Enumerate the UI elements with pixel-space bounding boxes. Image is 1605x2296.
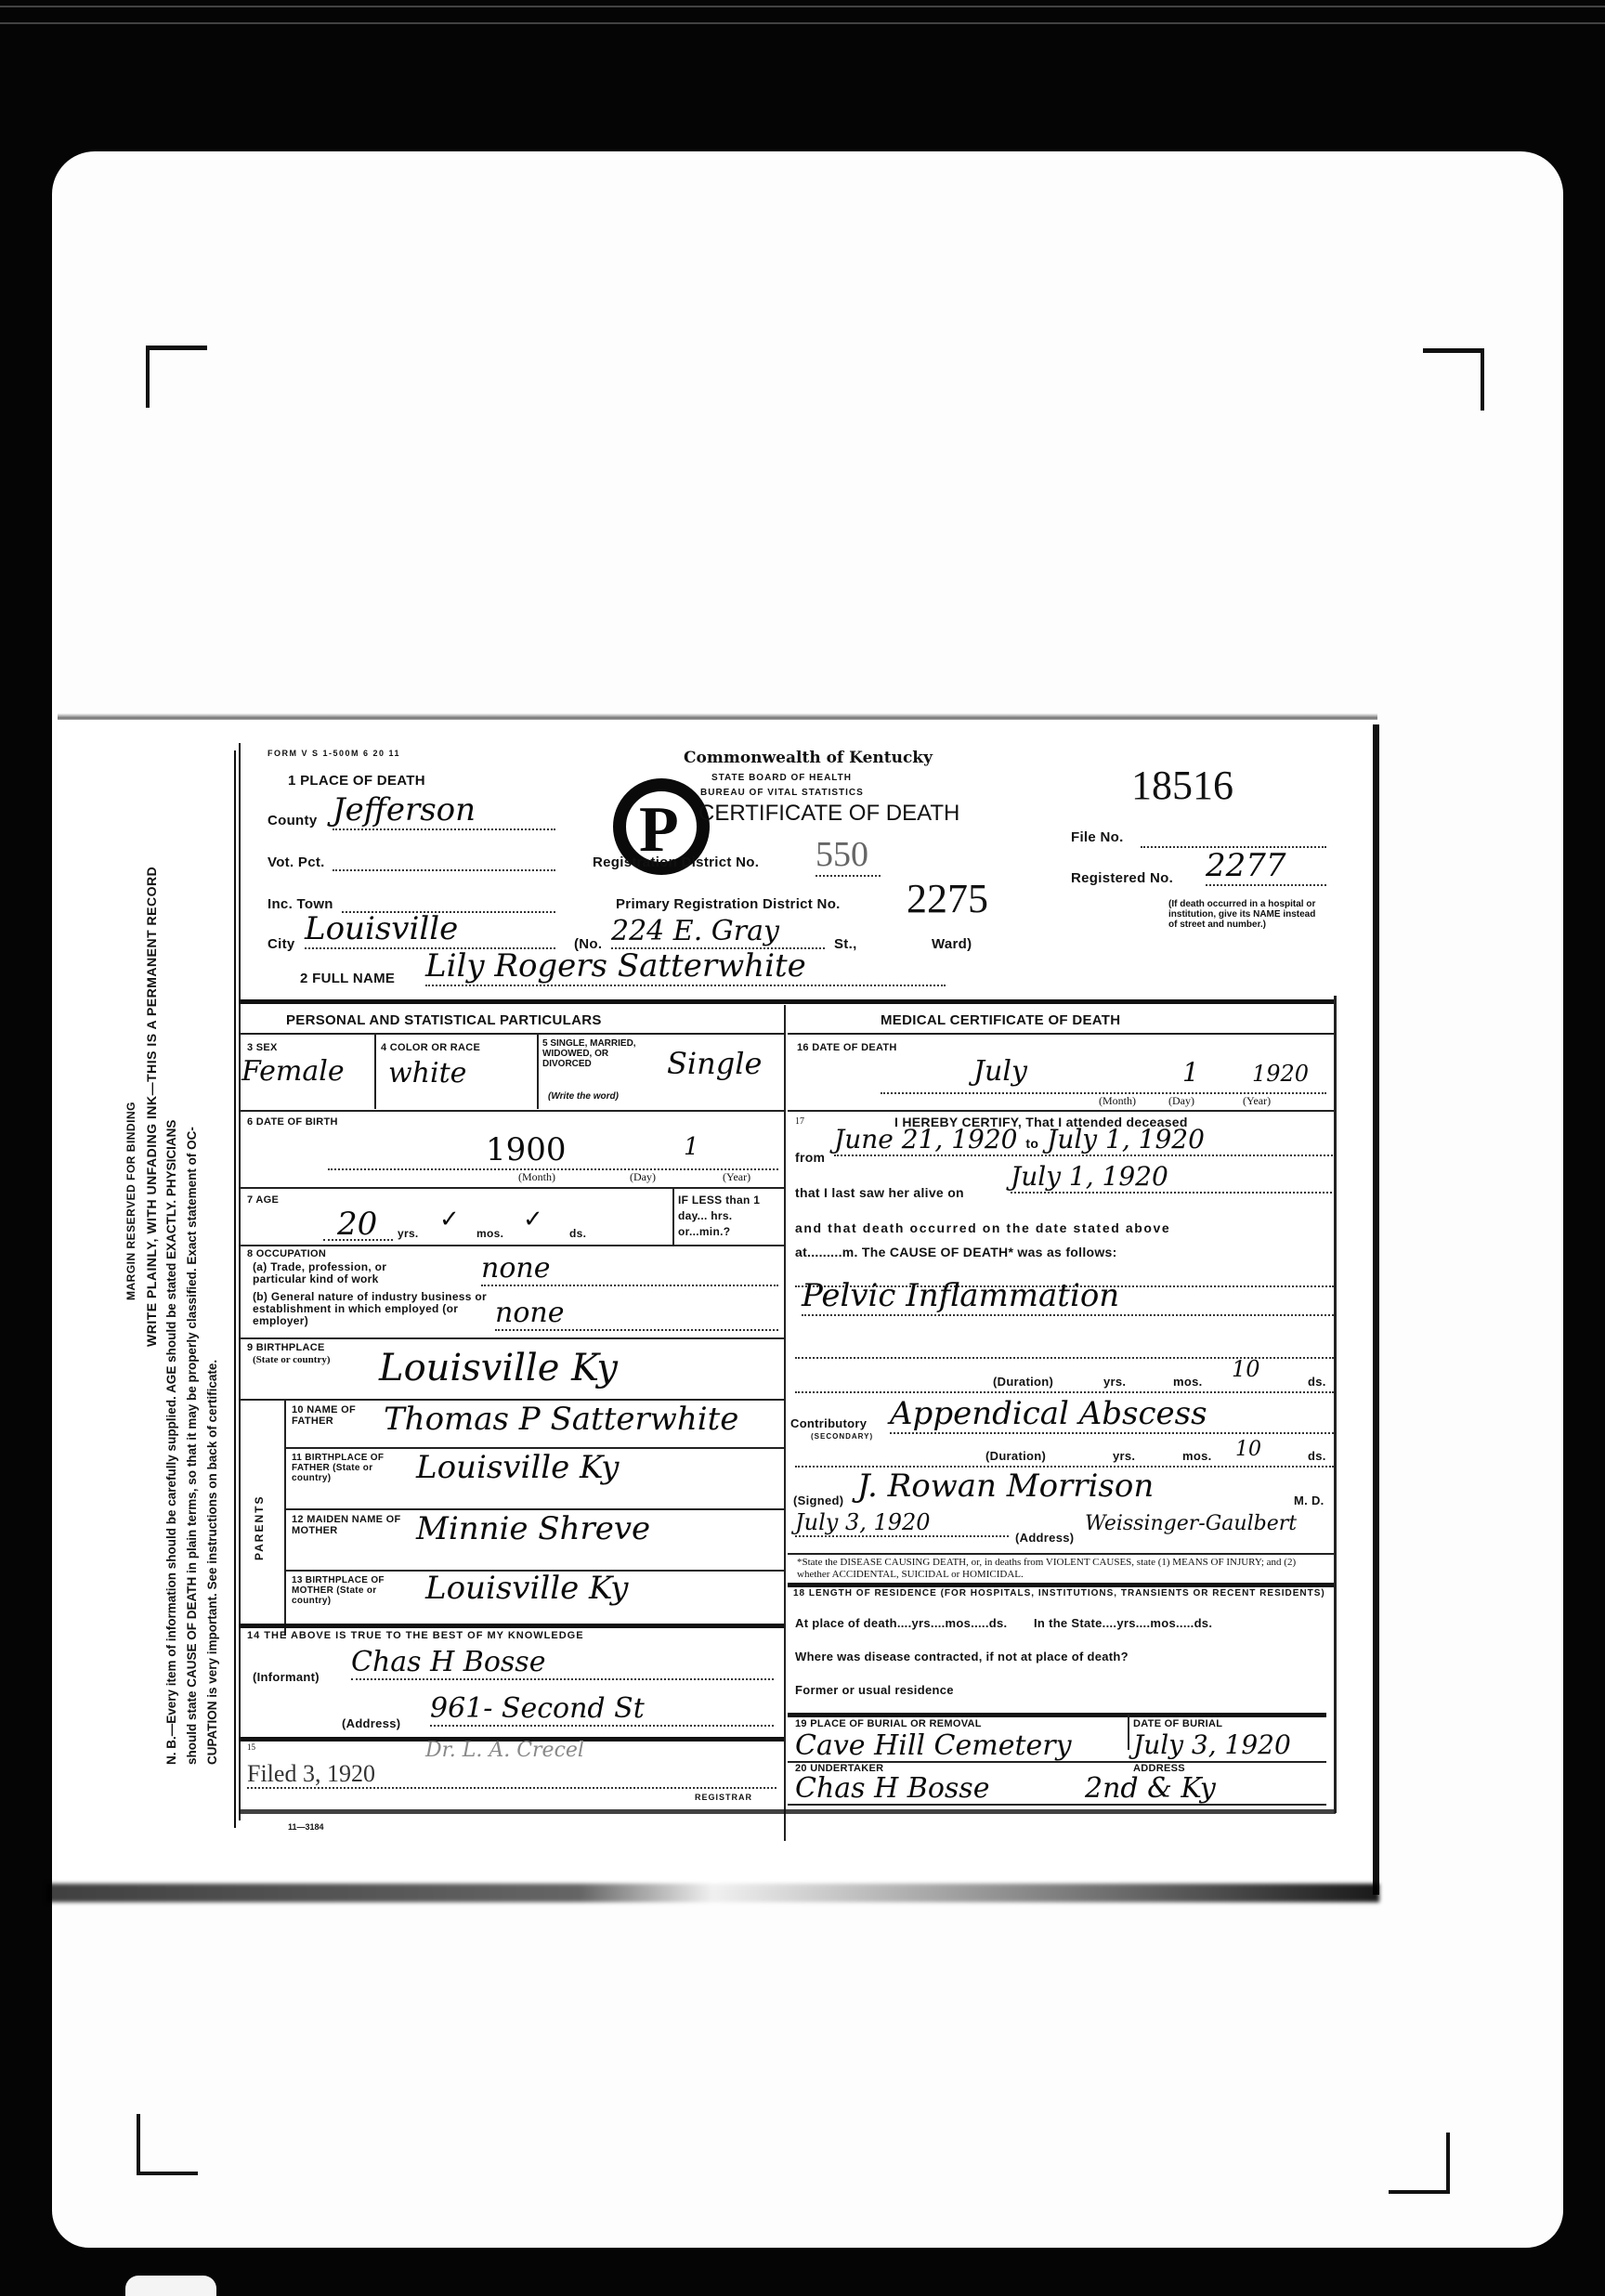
registrar-label: REGISTRAR [695, 1793, 752, 1803]
divider [788, 1583, 1336, 1587]
mother-label: 12 MAIDEN NAME OF MOTHER [292, 1514, 403, 1536]
registration-district-value: 550 [816, 834, 881, 877]
sheet-edge-shadow [1373, 724, 1379, 1895]
age-years-value: 20 [337, 1206, 377, 1243]
yrs-caption: yrs. [1113, 1449, 1135, 1463]
film-scratches [0, 0, 1605, 37]
margin-instructions: MARGIN RESERVED FOR BINDING WRITE PLAINL… [121, 762, 223, 1765]
secondary-label: (SECONDARY) [811, 1431, 873, 1442]
age-months-value: ✓ [439, 1206, 460, 1233]
city-label: City [267, 936, 295, 952]
undertaker-value: Chas H Bosse [795, 1772, 989, 1805]
vot-pct-label: Vot. Pct. [267, 854, 325, 870]
from-label: from [795, 1150, 825, 1165]
birthplace-label: 9 BIRTHPLACE [247, 1342, 325, 1353]
parents-label: PARENTS [253, 1495, 266, 1560]
mother-value: Minnie Shreve [416, 1510, 650, 1547]
year-caption: (Year) [1243, 1094, 1271, 1108]
occupation-a-value: none [481, 1252, 778, 1286]
mother-birthplace-label: 13 BIRTHPLACE OF MOTHER (State or countr… [292, 1575, 412, 1606]
sex-label: 3 SEX [247, 1042, 278, 1053]
yrs-caption: yrs. [1103, 1375, 1126, 1389]
corner-mark-top-right [1423, 348, 1484, 411]
informant-heading: 14 THE ABOVE IS TRUE TO THE BEST OF MY K… [247, 1630, 584, 1641]
cell-divider [672, 1187, 674, 1245]
corner-mark-top-left [146, 346, 207, 408]
burial-date-value: July 3, 1920 [1133, 1729, 1291, 1760]
father-birthplace-value: Louisville Ky [416, 1449, 619, 1486]
file-no-label: File No. [1071, 829, 1124, 845]
registration-district-label: Registration District No. [593, 854, 759, 870]
permanent-record-note: WRITE PLAINLY, WITH UNFADING INK—THIS IS… [141, 762, 162, 1765]
occupation-b-value: none [495, 1297, 778, 1331]
death-occurred-text: and that death occurred on the date stat… [795, 1220, 1170, 1235]
father-birthplace-label: 11 BIRTHPLACE OF FATHER (State or countr… [292, 1453, 412, 1483]
undertaker-address-value: 2nd & Ky [1085, 1772, 1216, 1805]
birthplace-value: Louisville Ky [379, 1347, 618, 1389]
dob-month-value: 1900 [486, 1131, 567, 1168]
instruction-line: CUPATION is very important. See instruct… [202, 762, 223, 1765]
death-month-value: July [973, 1055, 1027, 1088]
day-caption: (Day) [630, 1170, 656, 1184]
registered-no-label: Registered No. [1071, 870, 1173, 886]
divider [240, 1337, 784, 1339]
age-label: 7 AGE [247, 1194, 279, 1206]
death-year-value: 1920 [1252, 1061, 1309, 1087]
primary-registration-value: 2275 [907, 875, 988, 922]
registrar-signature: Dr. L. A. Crecel [425, 1739, 584, 1762]
signed-date-value: July 3, 1920 [795, 1509, 1009, 1537]
divider [788, 1713, 1326, 1717]
full-name-label: 2 FULL NAME [300, 971, 395, 986]
vot-pct-field [333, 864, 555, 871]
date-of-death-field [881, 1087, 1326, 1094]
sex-value: Female [241, 1055, 345, 1088]
divider [240, 1110, 784, 1112]
cell-divider [1128, 1715, 1129, 1750]
dob-label: 6 DATE OF BIRTH [247, 1116, 338, 1128]
race-value: white [388, 1057, 466, 1089]
cause-duration-line [795, 1386, 1334, 1393]
in-state-label: In the State....yrs....mos.....ds. [1034, 1616, 1331, 1631]
issuer-board: STATE BOARD OF HEALTH [711, 773, 852, 783]
mos-caption: mos. [1182, 1449, 1212, 1463]
binding-note: MARGIN RESERVED FOR BINDING [121, 762, 141, 1765]
form-id: FORM V S 1-500M 6 20 11 [267, 749, 400, 759]
contributory-duration-line [795, 1460, 1334, 1468]
md-label: M. D. [1294, 1494, 1324, 1507]
cell-divider [374, 1033, 376, 1109]
last-saw-value: July 1, 1920 [1011, 1161, 1336, 1194]
divider [240, 1187, 784, 1189]
place-of-death-heading: 1 PLACE OF DEATH [288, 773, 425, 789]
duration-label: (Duration) [983, 1449, 1049, 1463]
hospital-note: (If death occurred in a hospital or inst… [1168, 899, 1326, 930]
street-value: 224 E. Gray [611, 915, 825, 949]
divider [240, 1809, 1336, 1814]
month-caption: (Month) [1099, 1094, 1136, 1108]
duration-label: (Duration) [990, 1375, 1056, 1389]
informant-address-label: (Address) [342, 1716, 400, 1730]
divider [788, 1033, 1336, 1035]
divider [240, 1033, 784, 1035]
form-border [234, 750, 236, 1828]
mos-caption: mos. [1173, 1375, 1203, 1389]
full-name-value: Lily Rogers Satterwhite [425, 947, 946, 986]
divider [240, 999, 1336, 1004]
medical-section-heading: MEDICAL CERTIFICATE OF DEATH [881, 1012, 1120, 1028]
file-stamp-number: 18516 [1131, 762, 1233, 809]
instruction-line: N. B.—Every item of information should b… [162, 762, 182, 1765]
filed-date: Filed 3, 1920 [247, 1760, 375, 1788]
sheet-edge-shadow [46, 1884, 1379, 1902]
burial-place-value: Cave Hill Cemetery [795, 1729, 1072, 1762]
former-residence-label: Former or usual residence [795, 1683, 1315, 1698]
day-caption: (Day) [1168, 1094, 1194, 1108]
cell-divider [537, 1033, 539, 1109]
contracted-label: Where was disease contracted, if not at … [795, 1650, 1315, 1664]
film-tab [125, 2276, 216, 2296]
ds-caption: ds. [1308, 1375, 1326, 1389]
column-divider [784, 1005, 786, 1841]
filed-label: 15 [247, 1742, 255, 1752]
county-label: County [267, 813, 317, 828]
issuer-bureau: BUREAU OF VITAL STATISTICS [700, 788, 864, 798]
cause-intro-text: at.........m. The CAUSE OF DEATH* was as… [795, 1245, 1117, 1259]
marital-hint: (Write the word) [548, 1091, 619, 1102]
primary-registration-label: Primary Registration District No. [616, 896, 841, 912]
mother-birthplace-value: Louisville Ky [425, 1570, 628, 1607]
year-caption: (Year) [723, 1170, 750, 1184]
issuer-commonwealth: Commonwealth of Kentucky [684, 749, 933, 767]
death-certificate-form: FORM V S 1-500M 6 20 11 Commonwealth of … [240, 743, 1364, 1858]
cause-duration-value: 10 [1232, 1356, 1260, 1382]
personal-section-heading: PERSONAL AND STATISTICAL PARTICULARS [286, 1012, 602, 1028]
instruction-line: should state CAUSE OF DEATH in plain ter… [182, 762, 202, 1765]
month-caption: (Month) [518, 1170, 555, 1184]
occupation-label: 8 OCCUPATION [247, 1248, 326, 1259]
birthplace-hint: (State or country) [253, 1354, 331, 1365]
city-value: Louisville [305, 910, 555, 949]
cause-value: Pelvic Inflammation [802, 1277, 1334, 1316]
registered-no-value: 2277 [1206, 847, 1326, 886]
informant-address-value: 961- Second St [430, 1692, 774, 1727]
physician-address-label: (Address) [1015, 1531, 1074, 1545]
divider [788, 1804, 1326, 1806]
marital-value: Single [667, 1046, 762, 1081]
divider [788, 1553, 1336, 1555]
residence-label: 18 LENGTH OF RESIDENCE (FOR HOSPITALS, I… [793, 1588, 1332, 1598]
divider [240, 1245, 784, 1246]
print-code: 11—3184 [288, 1822, 324, 1833]
form-border [1334, 996, 1337, 1813]
ds-caption: ds. [1308, 1449, 1326, 1463]
county-value: Jefferson [333, 791, 555, 830]
date-of-death-label: 16 DATE OF DEATH [797, 1042, 897, 1053]
divider [788, 1110, 1336, 1112]
occupation-a-label: (a) Trade, profession, or particular kin… [253, 1261, 401, 1285]
death-day-value: 1 [1182, 1057, 1199, 1088]
less-than-day-label: IF LESS than 1 day... hrs. or...min.? [678, 1193, 782, 1240]
occupation-b-label: (b) General nature of industry business … [253, 1291, 494, 1327]
father-value: Thomas P Satterwhite [384, 1401, 738, 1438]
burial-place-label: 19 PLACE OF BURIAL OR REMOVAL [795, 1718, 982, 1729]
age-days-value: ✓ [523, 1206, 543, 1233]
corner-mark-bottom-left [137, 2114, 198, 2175]
physician-signature: J. Rowan Morrison [857, 1468, 1154, 1505]
contributory-value: Appendical Abscess [890, 1395, 1334, 1434]
burial-date-label: DATE OF BURIAL [1133, 1718, 1222, 1729]
dob-day-value: 1 [684, 1133, 699, 1161]
signed-label: (Signed) [793, 1494, 843, 1507]
contributory-label: Contributory [790, 1416, 867, 1430]
yrs-caption: yrs. [398, 1227, 419, 1240]
informant-label: (Informant) [253, 1670, 320, 1684]
certificate-title: CERTIFICATE OF DEATH [698, 801, 959, 827]
physician-address-value: Weissinger-Gaulbert [1085, 1512, 1297, 1535]
marital-label: 5 SINGLE, MARRIED, WIDOWED, OR DIVORCED [542, 1038, 654, 1069]
mos-caption: mos. [476, 1227, 503, 1240]
last-saw-label: that I last saw her alive on [795, 1185, 964, 1200]
at-place-of-death-label: At place of death....yrs....mos.....ds. [795, 1616, 1027, 1631]
informant-value: Chas H Bosse [351, 1646, 774, 1680]
race-label: 4 COLOR OR RACE [381, 1042, 480, 1053]
ds-caption: ds. [569, 1227, 586, 1240]
father-label: 10 NAME OF FATHER [292, 1404, 394, 1427]
divider [240, 1624, 784, 1628]
corner-mark-bottom-right [1389, 2133, 1450, 2194]
violent-causes-note: *State the DISEASE CAUSING DEATH, or, in… [797, 1557, 1326, 1581]
parents-divider [284, 1399, 286, 1636]
certify-number: 17 [795, 1116, 804, 1127]
attended-period: June 21, 1920 to July 1, 1920 [834, 1124, 1336, 1156]
contributory-duration-value: 10 [1235, 1438, 1261, 1461]
